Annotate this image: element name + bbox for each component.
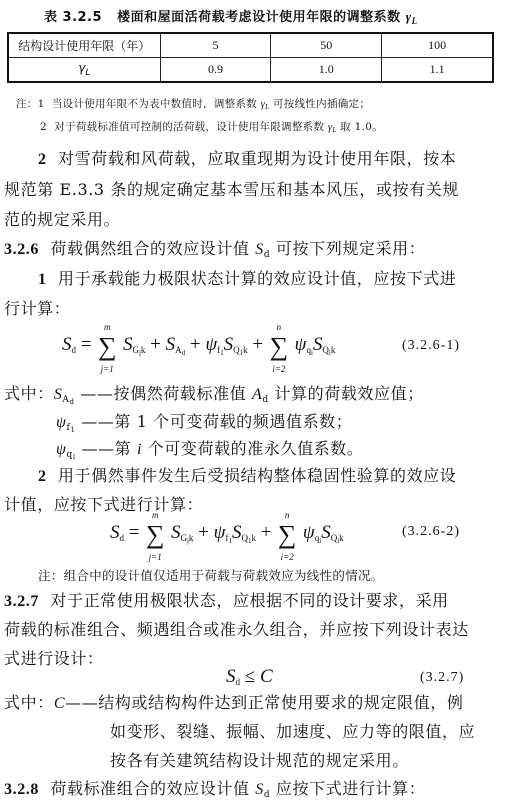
- gamma-cell: 1.0: [271, 58, 382, 83]
- where-s-ad: 式中：SAd ——按偶然荷载标准值 Ad 计算的荷载效应值；: [4, 381, 424, 406]
- item-2-line-1: 2 用于偶然事件发生后受损结构整体稳固性验算的效应设: [38, 463, 456, 486]
- formula-3-2-7: Sd ≤ C: [226, 666, 273, 688]
- where-c-line-3: 按各有关建筑结构设计规范的规定采用。: [110, 748, 409, 771]
- table-caption: 表 3.2.5 楼面和屋面活荷载考虑设计使用年限的调整系数 γL: [44, 6, 418, 26]
- equation-number: (3.2.6-2): [402, 524, 460, 540]
- table-row-gamma: γL 0.9 1.0 1.1: [8, 58, 493, 83]
- section-3-2-8-heading: 3.2.8 荷载标准组合的效应设计值 Sd 应按下式进行计算：: [4, 776, 425, 800]
- formula-3-2-6-1: Sd = m∑j=1 SGjk + SAd + ψf1SQ1k + n∑i=2 …: [62, 334, 335, 360]
- section-3-2-7-line-2: 荷载的标准组合、频遇组合或准永久组合，并应按下列设计表达: [4, 617, 469, 640]
- paragraph-2-line-2: 规范第 E.3.3 条的规定确定基本雪压和基本风压，或按有关规: [4, 177, 459, 200]
- formula-3-2-6-2: Sd = m∑j=1 SGjk + ψf1SQ1k + n∑i=2 ψqiSQi…: [110, 522, 344, 548]
- summation-symbol: m∑j=1: [96, 334, 118, 360]
- where-psi-qi: ψqi ——第 i 个可变荷载的准永久值系数。: [56, 436, 363, 461]
- paragraph-2-line-3: 范的规定采用。: [4, 207, 120, 230]
- gamma-label-cell: γL: [8, 58, 160, 83]
- year-cell: 50: [271, 33, 382, 58]
- summation-symbol: n∑i=2: [268, 334, 290, 360]
- where-psi-f1: ψf1 ——第 1 个可变荷载的频遇值系数；: [56, 409, 352, 434]
- table-note-1: 注：1 当设计使用年限不为表中数值时，调整系数 γL 可按线性内插确定；: [16, 96, 370, 111]
- where-c-line-2: 如变形、裂缝、振幅、加速度、应力等的限值，应: [110, 719, 475, 742]
- section-3-2-6-heading: 3.2.6 荷载偶然组合的效应设计值 Sd 可按下列规定采用：: [4, 236, 425, 260]
- table-note-2: 2 对于荷载标准值可控制的活荷载，设计使用年限调整系数 γL 取 1.0。: [40, 119, 383, 134]
- table-title: 楼面和屋面活荷载考虑设计使用年限的调整系数 γL: [117, 10, 417, 25]
- item-1-line-1: 1 用于承载能力极限状态计算的效应设计值，应按下式进: [38, 266, 456, 289]
- header-cell: 结构设计使用年限（年）: [8, 33, 160, 58]
- table-row-years: 结构设计使用年限（年） 5 50 100: [8, 33, 493, 58]
- gamma-cell: 0.9: [160, 58, 271, 83]
- table-number: 表 3.2.5: [44, 10, 102, 25]
- year-cell: 100: [382, 33, 493, 58]
- item-2-line-2: 计值，应按下式进行计算：: [4, 492, 203, 515]
- summation-symbol: n∑i=2: [276, 522, 298, 548]
- gamma-cell: 1.1: [382, 58, 493, 83]
- paragraph-2-line-1: 2 对雪荷载和风荷载，应取重现期为设计使用年限，按本: [38, 146, 456, 169]
- equation-number: (3.2.6-1): [402, 338, 460, 354]
- adjustment-coefficient-table: 结构设计使用年限（年） 5 50 100 γL 0.9 1.0 1.1: [7, 32, 494, 83]
- formula-note: 注：组合中的设计值仅适用于荷载与荷载效应为线性的情况。: [38, 566, 384, 584]
- item-1-line-2: 行计算：: [4, 296, 70, 319]
- equation-number: (3.2.7): [420, 670, 464, 686]
- section-3-2-7-line-3: 式进行设计：: [4, 646, 104, 669]
- summation-symbol: m∑j=1: [144, 522, 166, 548]
- where-c-line-1: 式中：C——结构或结构构件达到正常使用要求的规定限值，例: [4, 690, 464, 713]
- year-cell: 5: [160, 33, 271, 58]
- section-3-2-7-line-1: 3.2.7 对于正常使用极限状态，应根据不同的设计要求，采用: [4, 588, 449, 611]
